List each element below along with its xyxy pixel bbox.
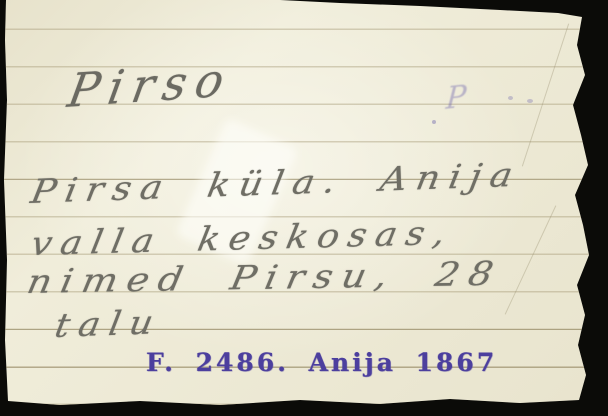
card-title-handwriting: Pirso [64, 52, 237, 118]
paper-crease [505, 205, 557, 314]
faint-blue-speck [527, 99, 533, 103]
archive-fund-stamp: F. 2486. Anija 1867 [146, 348, 497, 377]
paper-crease [522, 24, 569, 167]
handwritten-line-3: nimed Pirsu, 28 [24, 254, 506, 301]
scan-background: Pirso Pirsa küla. Anija valla keskosas, … [0, 0, 608, 416]
faint-blue-speck [432, 120, 436, 124]
index-card: Pirso Pirsa küla. Anija valla keskosas, … [0, 0, 608, 416]
faint-blue-speck [508, 96, 513, 100]
handwritten-line-1: Pirsa küla. Anija [28, 155, 525, 211]
handwritten-line-4: talu [52, 302, 165, 345]
faint-blue-pencil-mark: P [445, 78, 478, 117]
